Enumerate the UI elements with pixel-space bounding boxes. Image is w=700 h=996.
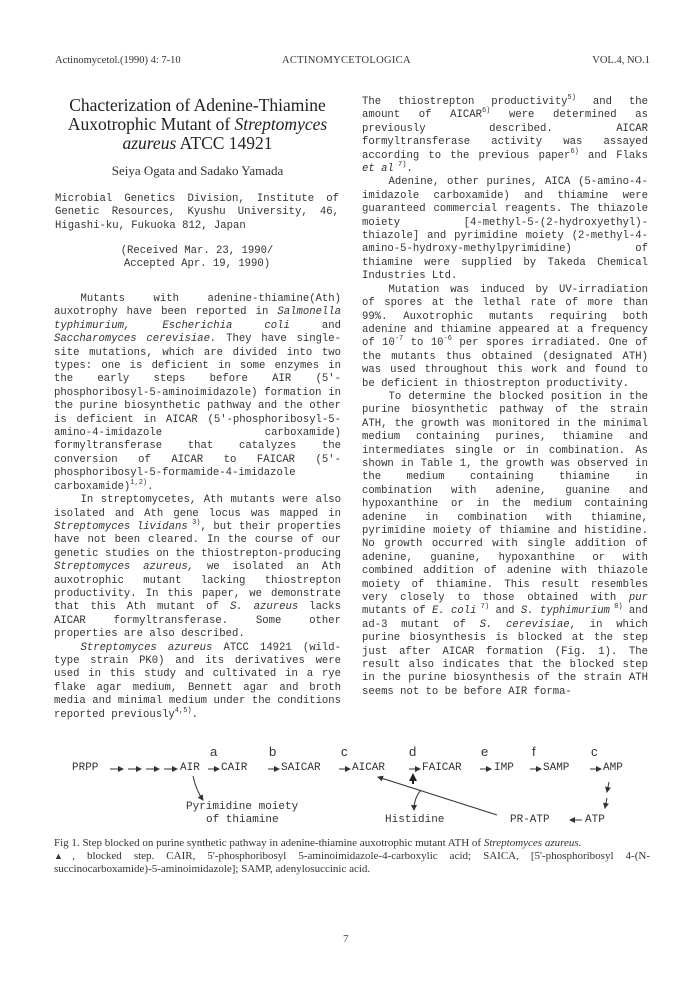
paragraph: Mutation was induced by UV-irradiation o…	[362, 284, 648, 391]
paragraph: In streptomycetes, Ath mutants were also…	[54, 494, 341, 641]
right-column: The thiostrepton productivity5) and the …	[362, 96, 648, 699]
left-column: Mutants with adenine-thiamine(Ath) auxot…	[54, 293, 341, 722]
node-prpp: PRPP	[72, 762, 98, 774]
figure-1-pathway: PRPP AIR CAIR SAICAR AICAR FAICAR IMP SA…	[0, 740, 700, 830]
figure-caption: Fig 1. Step blocked on purine synthetic …	[54, 837, 650, 876]
node-pyrimidine-line2: of thiamine	[206, 814, 279, 826]
title-line-2: Auxotrophic Mutant of Streptomyces	[45, 115, 350, 134]
blocked-step-icon: ▲	[54, 851, 72, 861]
page-number: 7	[343, 933, 349, 945]
paragraph: Streptomyces azureus ATCC 14921 (wild-ty…	[54, 642, 341, 722]
node-samp: SAMP	[543, 762, 569, 774]
authors: Seiya Ogata and Sadako Yamada	[45, 163, 350, 179]
enzyme-label-d: d	[409, 744, 416, 759]
node-air: AIR	[180, 762, 200, 774]
caption-title: Fig 1. Step blocked on purine synthetic …	[54, 837, 650, 850]
citation-ref: 4,5)	[175, 707, 192, 715]
node-amp: AMP	[603, 762, 623, 774]
node-cair: CAIR	[221, 762, 247, 774]
paper-title: Chacterization of Adenine-Thiamine Auxot…	[45, 96, 350, 153]
header-volume: VOL.4, NO.1	[592, 55, 650, 66]
enzyme-label-e: e	[481, 744, 488, 759]
affiliation: Microbial Genetics Division, Institute o…	[55, 193, 339, 233]
node-pr-atp: PR-ATP	[510, 814, 550, 826]
citation-ref: 3)	[188, 519, 201, 527]
node-histidine: Histidine	[385, 814, 444, 826]
paragraph: To determine the blocked position in the…	[362, 391, 648, 699]
paragraph: Mutants with adenine-thiamine(Ath) auxot…	[54, 293, 341, 494]
node-aicar: AICAR	[352, 762, 385, 774]
enzyme-label-f: f	[532, 744, 536, 759]
enzyme-label-a: a	[210, 744, 217, 759]
node-faicar: FAICAR	[422, 762, 462, 774]
header-citation: Actinomycetol.(1990) 4: 7-10	[55, 55, 181, 66]
node-pyrimidine-line1: Pyrimidine moiety	[186, 801, 298, 813]
node-atp: ATP	[585, 814, 605, 826]
node-saicar: SAICAR	[281, 762, 321, 774]
title-line-1: Chacterization of Adenine-Thiamine	[45, 96, 350, 115]
enzyme-label-c2: c	[591, 744, 598, 759]
title-line-3: azureus ATCC 14921	[45, 134, 350, 153]
enzyme-label-b: b	[269, 744, 276, 759]
citation-ref: 1,2)	[130, 479, 147, 487]
paragraph: The thiostrepton productivity5) and the …	[362, 96, 648, 176]
paragraph: Adenine, other purines, AICA (5-amino-4-…	[362, 176, 648, 283]
node-imp: IMP	[494, 762, 514, 774]
received-dates: (Received Mar. 23, 1990/ Accepted Apr. 1…	[55, 245, 339, 272]
header-journal: ACTINOMYCETOLOGICA	[282, 55, 411, 66]
enzyme-label-c: c	[341, 744, 348, 759]
caption-legend: ▲, blocked step. CAIR, 5'-phosphoribosyl…	[54, 850, 650, 876]
